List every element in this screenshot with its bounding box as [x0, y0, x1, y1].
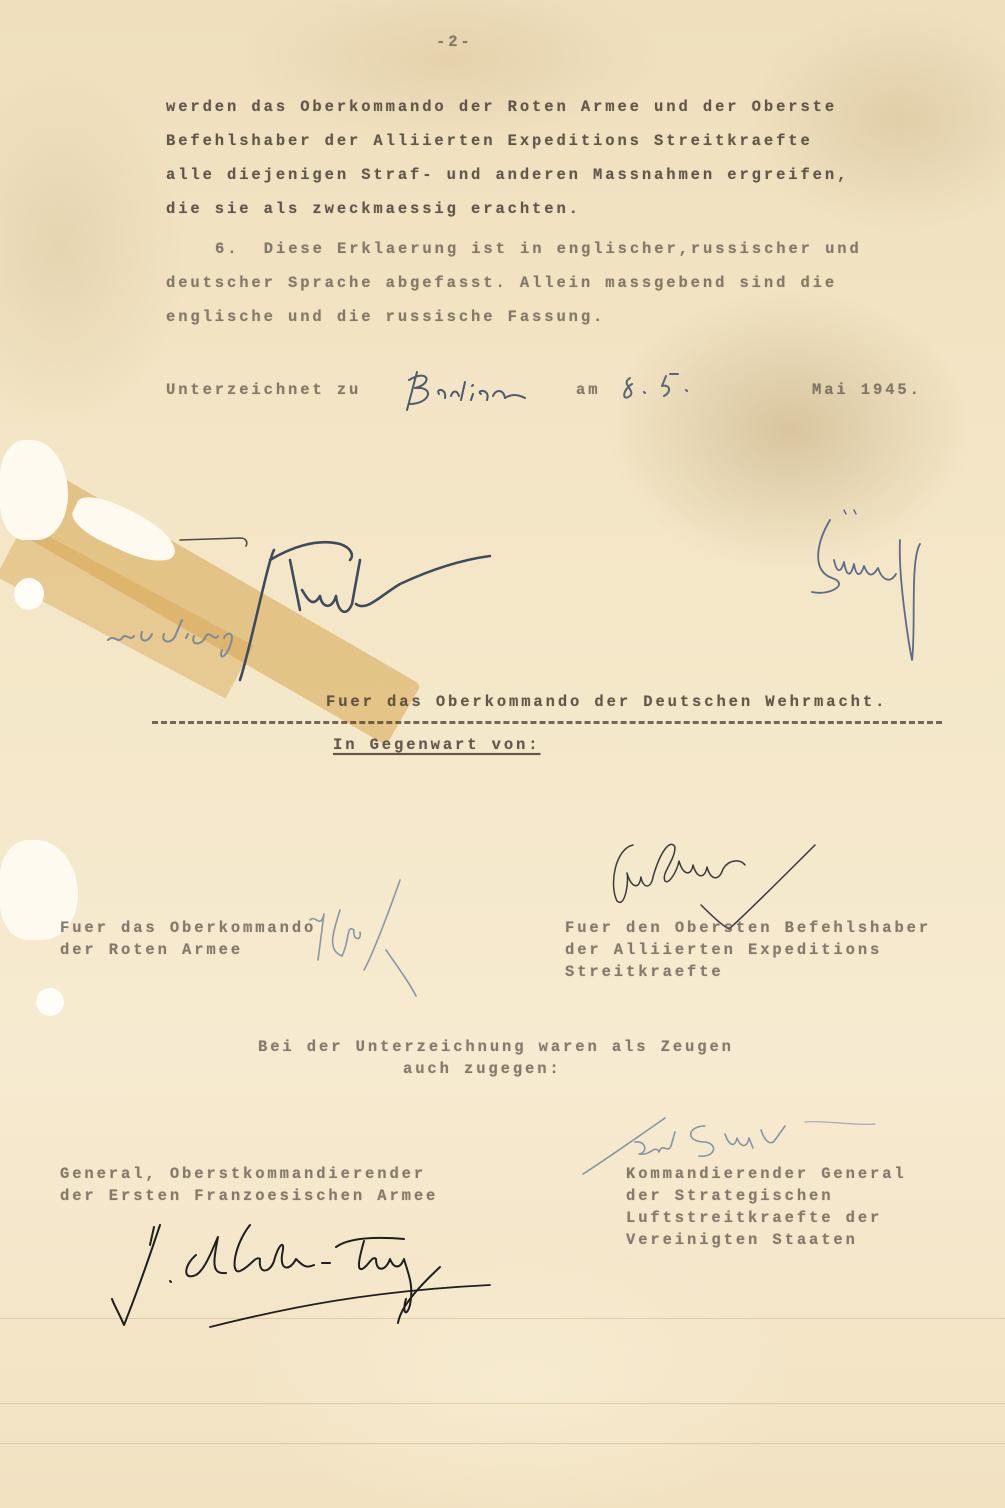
document-page: -2- werden das Oberkommando der Roten Ar… — [0, 0, 1005, 1508]
soviet-caption-line: Fuer das Oberkommando — [60, 917, 316, 939]
separator-dashed-line — [152, 721, 942, 724]
text-line: die sie als zweckmaessig erachten. — [166, 192, 581, 226]
witness-heading-line: auch zugegen: — [403, 1058, 562, 1080]
punch-hole — [36, 988, 64, 1016]
signatures-german — [90, 500, 990, 700]
signing-prefix: Unterzeichnet zu — [166, 373, 361, 407]
witness-heading-line: Bei der Unterzeichnung waren als Zeugen — [258, 1036, 734, 1058]
date-prefix: am — [576, 373, 600, 407]
allied-caption-line: Streitkraefte — [565, 961, 724, 983]
text-line: englische und die russische Fassung. — [166, 300, 605, 334]
french-caption-line: General, Oberstkommandierender — [60, 1163, 426, 1185]
paper-tear — [0, 440, 68, 540]
text-line: deutscher Sprache abgefasst. Allein mass… — [166, 266, 837, 300]
french-caption-line: der Ersten Franzoesischen Armee — [60, 1185, 438, 1207]
soviet-caption-line: der Roten Armee — [60, 939, 243, 961]
us-caption-line: Luftstreitkraefte der — [626, 1207, 882, 1229]
text-line: werden das Oberkommando der Roten Armee … — [166, 90, 837, 124]
month-year: Mai 1945. — [812, 373, 922, 407]
punch-hole — [14, 578, 44, 610]
handwritten-place-berlin — [395, 360, 545, 420]
signature-tedder — [605, 825, 835, 925]
page-number: -2- — [436, 25, 473, 59]
text-line: alle diejenigen Straf- und anderen Massn… — [166, 158, 849, 192]
handwritten-date — [618, 368, 718, 408]
text-line: Befehlshaber der Alliierten Expeditions … — [166, 124, 813, 158]
allied-caption-line: der Alliierten Expeditions — [565, 939, 882, 961]
allied-caption-line: Fuer den Obersten Befehlshaber — [565, 917, 931, 939]
signature-de-lattre — [110, 1215, 510, 1335]
us-caption-line: Vereinigten Staaten — [626, 1229, 858, 1251]
us-caption-line: der Strategischen — [626, 1185, 833, 1207]
us-caption-line: Kommandierender General — [626, 1163, 907, 1185]
presence-heading: In Gegenwart von: — [333, 728, 540, 762]
text-line: 6. Diese Erklaerung ist in englischer,ru… — [215, 232, 862, 266]
paper-crease — [0, 1403, 1005, 1404]
german-signatories-caption: Fuer das Oberkommando der Deutschen Wehr… — [326, 685, 887, 719]
paper-crease — [0, 1443, 1005, 1444]
